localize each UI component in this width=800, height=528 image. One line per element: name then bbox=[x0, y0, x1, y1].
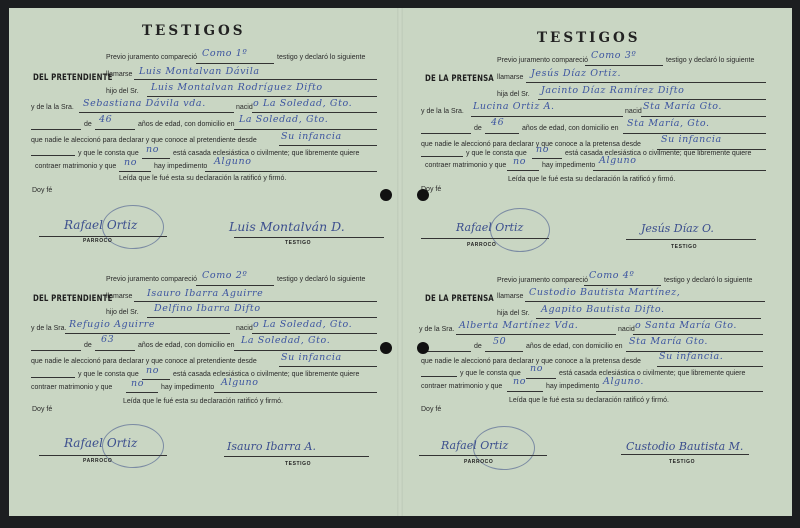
testigo-signature: Isauro Ibarra A. bbox=[227, 440, 316, 453]
impedimento-detail: Alguno bbox=[221, 377, 259, 388]
doy-fe: Doy fé bbox=[32, 406, 52, 413]
side-label: DE LA PRETENSA bbox=[425, 294, 494, 304]
rule bbox=[234, 350, 377, 351]
rule bbox=[536, 318, 761, 319]
rule bbox=[421, 351, 471, 352]
de-label: de bbox=[474, 343, 482, 350]
witness-name: Custodio Bautista Martínez, bbox=[529, 287, 680, 298]
knows-since: Su infancia. bbox=[659, 351, 723, 362]
rule bbox=[147, 317, 377, 318]
mother-name: Alberta Martínez Vda. bbox=[459, 320, 578, 331]
impedimento-text: hay impedimento bbox=[546, 383, 599, 390]
rule bbox=[525, 301, 765, 302]
testigo-caption: TESTIGO bbox=[285, 461, 311, 467]
line-suffix: testigo y declaró lo siguiente bbox=[664, 277, 752, 284]
parent-label: hija del Sr. bbox=[497, 310, 530, 317]
rule bbox=[224, 456, 369, 457]
casada-text: está casada eclesiástica o civilmente; q… bbox=[559, 370, 745, 377]
impedimento-value: no bbox=[131, 378, 144, 389]
rule bbox=[419, 455, 547, 456]
rule bbox=[485, 351, 523, 352]
right-page: TESTIGOS DE LA PRETENSA Previo juramento… bbox=[401, 8, 791, 516]
rule bbox=[621, 454, 749, 455]
born-place: o Santa María Gto. bbox=[635, 320, 737, 331]
binder-hole bbox=[417, 189, 429, 201]
line-prefix: Previo juramento compareció bbox=[106, 276, 197, 283]
rule bbox=[456, 334, 616, 335]
consta-value: no bbox=[530, 363, 543, 374]
witness-block-4: DE LA PRETENSA Previo juramento comparec… bbox=[401, 8, 791, 258]
parroco-caption: PARROCO bbox=[464, 459, 493, 465]
impedimento-value: no bbox=[513, 376, 526, 387]
age-suffix: años de edad, con domicilio en bbox=[526, 343, 623, 350]
rule bbox=[39, 455, 167, 456]
domicile: La Soledad, Gto. bbox=[241, 335, 330, 346]
impedimento-text: hay impedimento bbox=[161, 384, 214, 391]
mother-label: y de la Sra. bbox=[31, 325, 66, 332]
age-suffix: años de edad, con domicilio en bbox=[138, 342, 235, 349]
born-label: nacid bbox=[236, 325, 253, 332]
knows-since: Su infancia bbox=[281, 352, 342, 363]
parent-label: hijo del Sr. bbox=[106, 309, 139, 316]
parroco-caption: PARROCO bbox=[83, 458, 112, 464]
testigo-caption: TESTIGO bbox=[669, 459, 695, 465]
knows-text: que nadie le aleccionó para declarar y q… bbox=[31, 358, 257, 365]
side-label: DEL PRETENDIENTE bbox=[33, 294, 113, 304]
rule bbox=[596, 391, 763, 392]
rule bbox=[657, 366, 763, 367]
age: 63 bbox=[101, 334, 114, 345]
de-label: de bbox=[84, 342, 92, 349]
father-name: Agapito Bautista Difto. bbox=[541, 304, 665, 315]
rule bbox=[196, 285, 274, 286]
father-name: Delfino Ibarra Difto bbox=[154, 303, 261, 314]
rule bbox=[633, 334, 763, 335]
line-prefix: Previo juramento compareció bbox=[497, 277, 588, 284]
rule bbox=[584, 285, 661, 286]
doy-fe: Doy fé bbox=[421, 406, 441, 413]
rule bbox=[252, 333, 377, 334]
binder-hole bbox=[380, 189, 392, 201]
testigo-signature: Custodio Bautista M. bbox=[626, 440, 743, 453]
rule bbox=[31, 377, 75, 378]
rule bbox=[134, 301, 377, 302]
mother-name: Refugio Aguirre bbox=[69, 319, 155, 330]
parroco-signature: Rafael Ortiz bbox=[64, 436, 137, 450]
born-label: nacid bbox=[618, 326, 635, 333]
parroco-signature: Rafael Ortiz bbox=[441, 439, 508, 452]
witness-order: Como 4º bbox=[589, 270, 634, 281]
age: 50 bbox=[493, 336, 506, 347]
rule bbox=[65, 333, 230, 334]
consta-value: no bbox=[146, 365, 159, 376]
born-place: o La Soledad, Gto. bbox=[253, 319, 352, 330]
witness-block-2: DEL PRETENDIENTE Previo juramento compar… bbox=[9, 8, 399, 258]
witness-name: Isauro Ibarra Aguirre bbox=[147, 288, 263, 299]
consta-text: y que le consta que bbox=[460, 370, 521, 377]
read-text: Leída que le fué esta su declaración rat… bbox=[123, 398, 283, 405]
document-spread: TESTIGOS DEL PRETENDIENTE Previo juramen… bbox=[9, 8, 792, 516]
contraer-text: contraer matrimonio y que bbox=[421, 383, 502, 390]
rule bbox=[126, 392, 158, 393]
contraer-text: contraer matrimonio y que bbox=[31, 384, 112, 391]
left-page: TESTIGOS DEL PRETENDIENTE Previo juramen… bbox=[9, 8, 399, 516]
impedimento-detail: Alguno. bbox=[603, 376, 644, 387]
rule bbox=[95, 350, 135, 351]
witness-order: Como 2º bbox=[202, 270, 247, 281]
consta-text: y que le consta que bbox=[78, 371, 139, 378]
rule bbox=[526, 378, 556, 379]
mother-label: y de la Sra. bbox=[419, 326, 454, 333]
rule bbox=[214, 392, 377, 393]
llamarse-label: llamarse bbox=[497, 293, 523, 300]
line-suffix: testigo y declaró lo siguiente bbox=[277, 276, 365, 283]
rule bbox=[279, 366, 377, 367]
rule bbox=[507, 391, 543, 392]
binder-hole bbox=[380, 342, 392, 354]
domicile: Sta María Gto. bbox=[629, 336, 708, 347]
read-text: Leída que le fué esta su declaración rat… bbox=[509, 397, 669, 404]
binder-hole bbox=[417, 342, 429, 354]
rule bbox=[142, 379, 170, 380]
llamarse-label: llamarse bbox=[106, 293, 132, 300]
rule bbox=[421, 376, 457, 377]
casada-text: está casada eclesiástica o civilmente; q… bbox=[173, 371, 359, 378]
rule bbox=[31, 350, 81, 351]
